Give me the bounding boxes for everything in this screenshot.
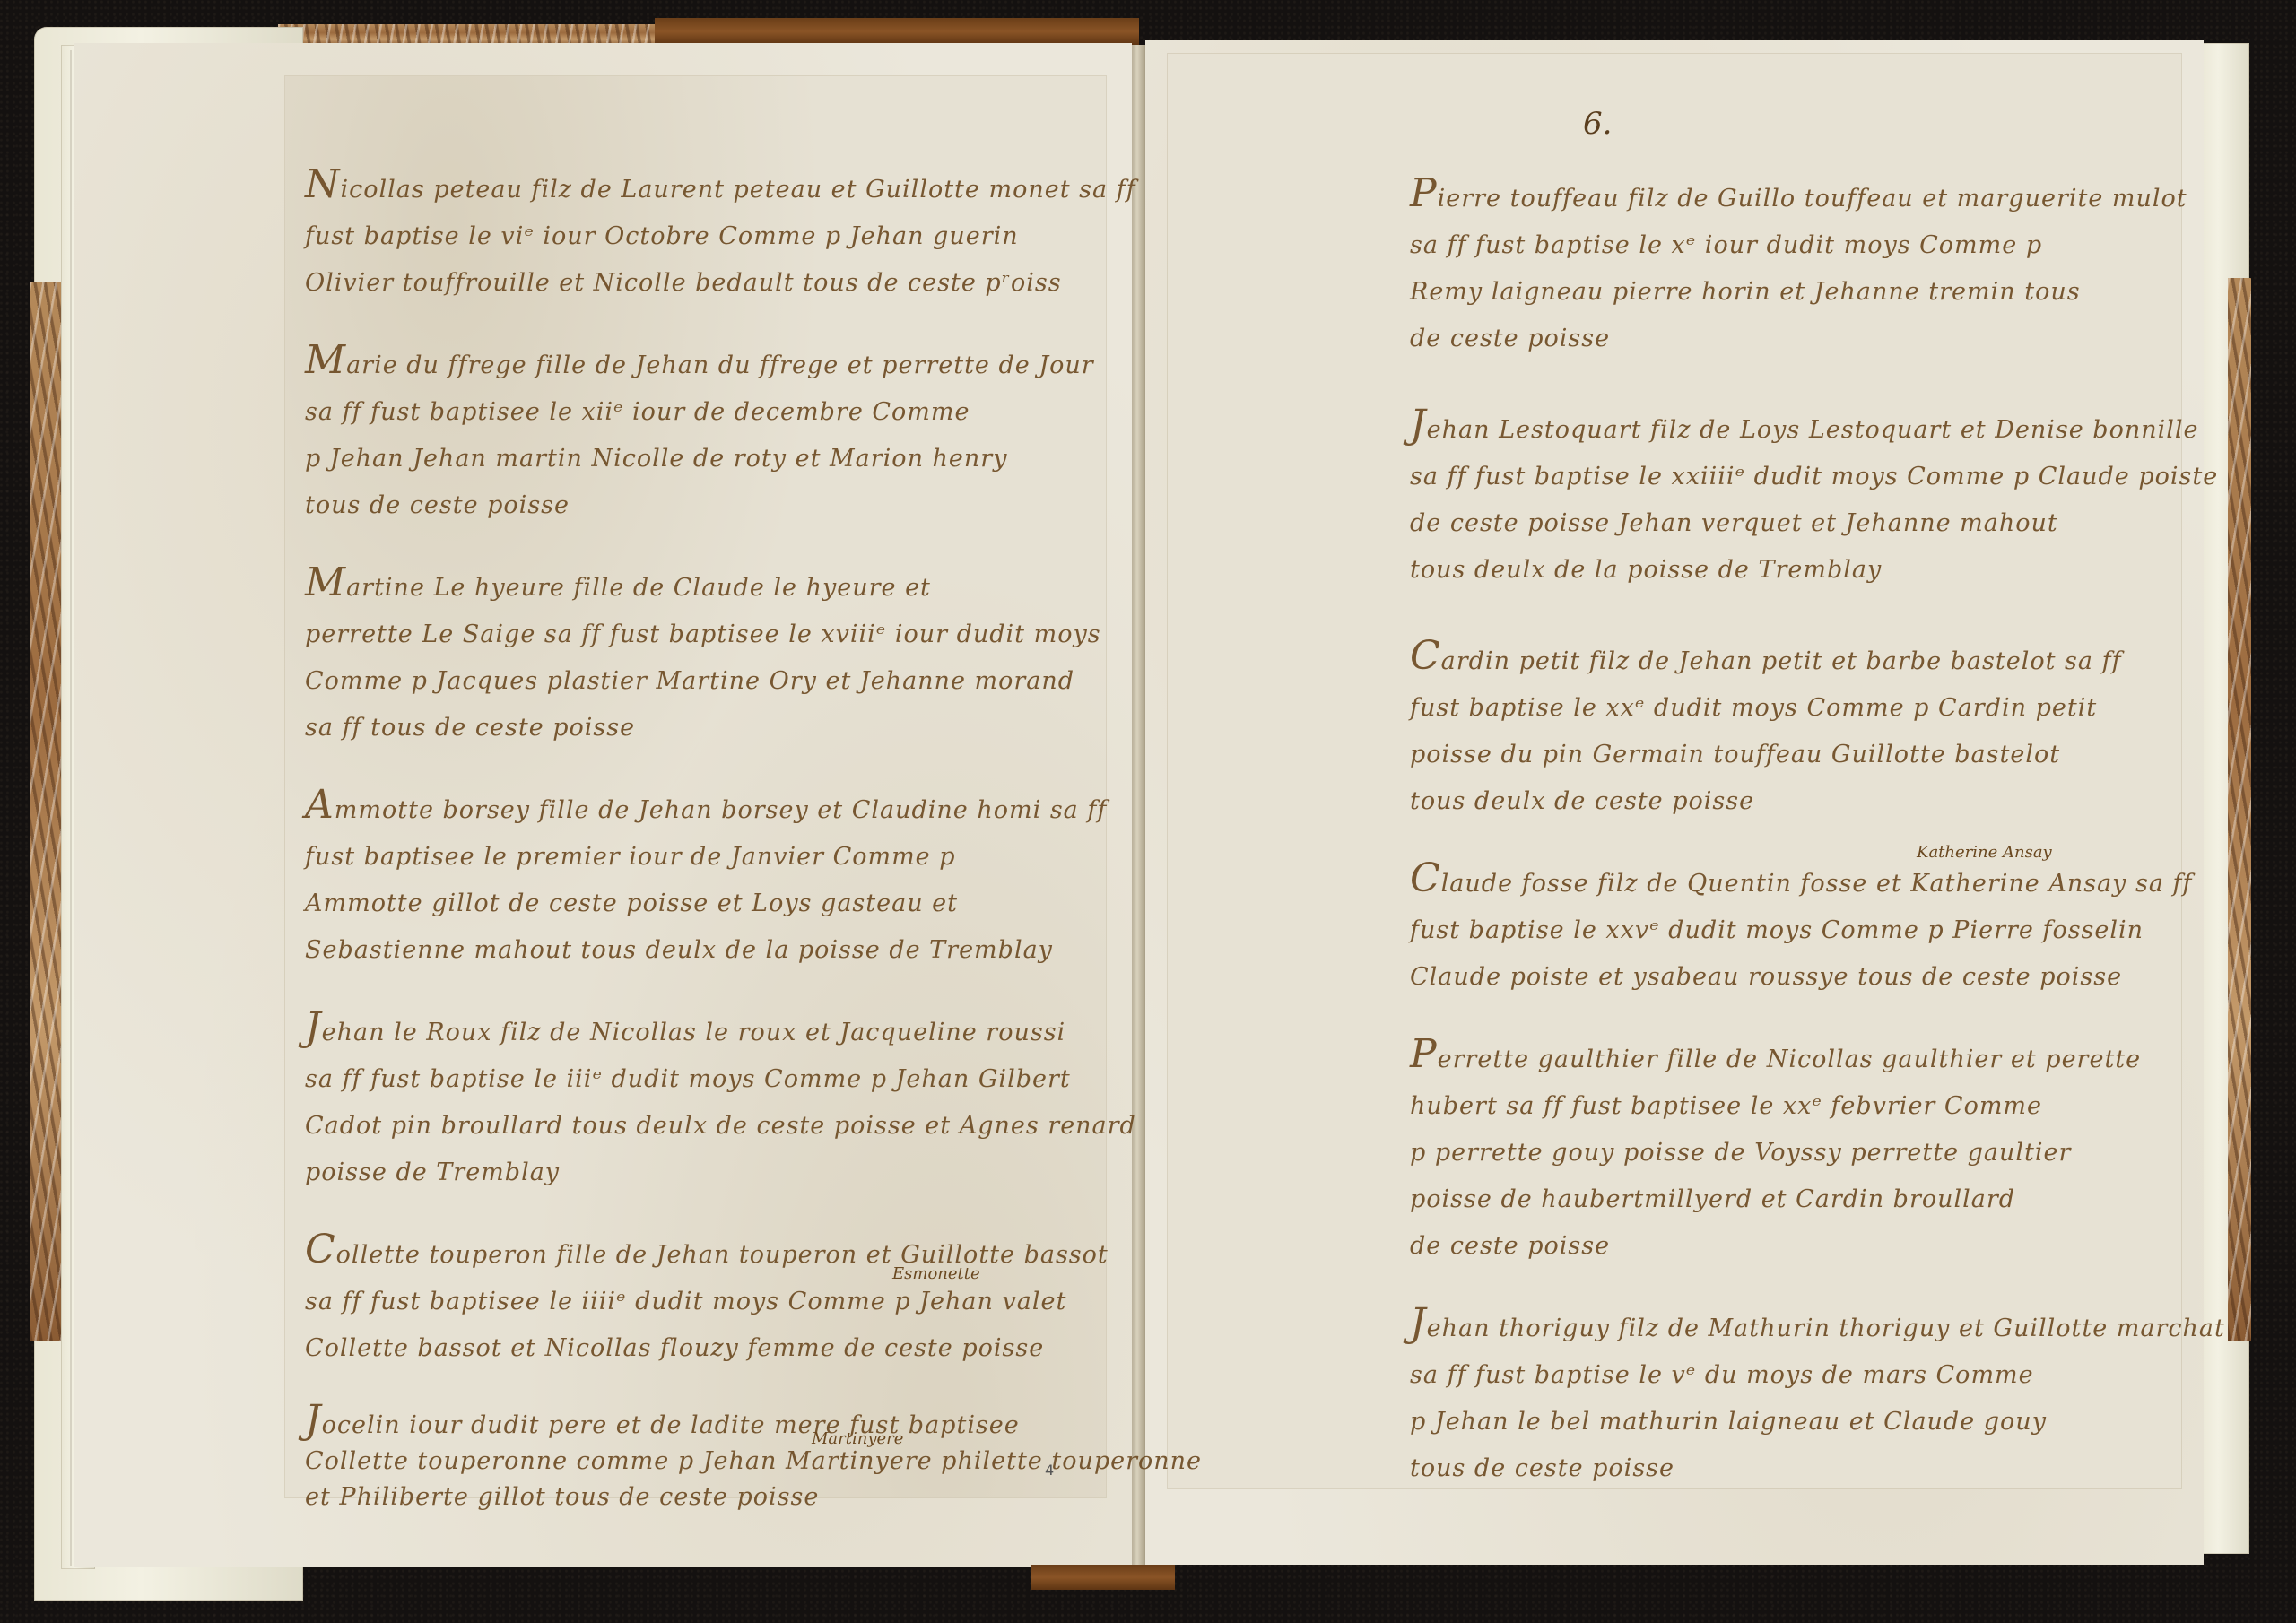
top-board-edge <box>655 18 1139 45</box>
entry-line: tous de ceste poisse <box>1410 1445 2225 1492</box>
entry-line: Collette bassot et Nicollas flouzy femme… <box>305 1325 1202 1372</box>
entry-line: poisse du pin Germain touffeau Guillotte… <box>1410 732 2225 778</box>
entry-line: Collette touperon fille de Jehan toupero… <box>305 1227 1202 1279</box>
baptism-entry: Martine Le hyeure fille de Claude le hye… <box>305 560 1202 751</box>
entry-line: tous de ceste poisse <box>305 482 1202 529</box>
entry-line: Pierre touffeau filz de Guillo touffeau … <box>1410 170 2225 222</box>
entry-line: Jocelin iour dudit pere et de ladite mer… <box>305 1402 1202 1444</box>
entry-line: de ceste poisse <box>1410 316 2225 362</box>
baptism-entry: Ammotte borsey fille de Jehan borsey et … <box>305 782 1202 974</box>
entry-line: hubert sa ff fust baptisee le xxᵉ febvri… <box>1410 1083 2225 1130</box>
baptism-entry: Collette touperon fille de Jehan toupero… <box>305 1227 1202 1372</box>
entry-line: Claude poiste et ysabeau roussye tous de… <box>1410 954 2225 1001</box>
entry-line: p perrette gouy poisse de Voyssy perrett… <box>1410 1130 2225 1176</box>
right-page-text: Pierre touffeau filz de Guillo touffeau … <box>1410 170 2225 1523</box>
baptism-entry: Jehan Lestoquart filz de Loys Lestoquart… <box>1410 402 2225 594</box>
entry-line: tous deulx de ceste poisse <box>1410 778 2225 825</box>
entry-line: p Jehan le bel mathurin laigneau et Clau… <box>1410 1399 2225 1445</box>
entry-line: fust baptisee le premier iour de Janvier… <box>305 834 1202 881</box>
baptism-entry: Katherine Ansay Claude fosse filz de Que… <box>1410 855 2225 1001</box>
entry-line: Marie du ffrege fille de Jehan du ffrege… <box>305 337 1202 389</box>
entry-line: fust baptise le xxᵉ dudit moys Comme p C… <box>1410 685 2225 732</box>
baptism-entry: Perrette gaulthier fille de Nicollas gau… <box>1410 1031 2225 1270</box>
pencil-mark: 4 <box>1045 1462 1054 1479</box>
entry-line: tous deulx de la poisse de Tremblay <box>1410 547 2225 594</box>
entry-line: Jehan Lestoquart filz de Loys Lestoquart… <box>1410 402 2225 454</box>
entry-line: fust baptise le viᵉ iour Octobre Comme p… <box>305 213 1202 260</box>
entry-line: Nicollas peteau filz de Laurent peteau e… <box>305 161 1202 213</box>
baptism-entry: Cardin petit filz de Jehan petit et barb… <box>1410 633 2225 825</box>
entry-line: Martine Le hyeure fille de Claude le hye… <box>305 560 1202 612</box>
folio-number: 6. <box>1583 106 1612 142</box>
left-marbled-strip <box>30 282 62 1341</box>
entry-line: sa ff fust baptisee le iiiiᵉ dudit moys … <box>305 1279 1202 1325</box>
entry-line: Jehan le Roux filz de Nicollas le roux e… <box>305 1004 1202 1056</box>
baptism-entry: Pierre touffeau filz de Guillo touffeau … <box>1410 170 2225 362</box>
entry-line: Claude fosse filz de Quentin fosse et Ka… <box>1410 855 2225 907</box>
entry-line: Jehan thoriguy filz de Mathurin thoriguy… <box>1410 1300 2225 1352</box>
entry-line: sa ff fust baptise le vᵉ du moys de mars… <box>1410 1352 2225 1399</box>
baptism-entry: Jocelin iour dudit pere et de ladite mer… <box>305 1402 1202 1515</box>
entry-line: sa ff fust baptise le iiiᵉ dudit moys Co… <box>305 1056 1202 1103</box>
entry-line: perrette Le Saige sa ff fust baptisee le… <box>305 612 1202 658</box>
entry-line: Ammotte gillot de ceste poisse et Loys g… <box>305 881 1202 927</box>
entry-line: Perrette gaulthier fille de Nicollas gau… <box>1410 1031 2225 1083</box>
entry-line: p Jehan Jehan martin Nicolle de roty et … <box>305 436 1202 482</box>
right-marbled-strip <box>2228 278 2251 1341</box>
entry-line: poisse de Tremblay <box>305 1150 1202 1196</box>
entry-line: Cardin petit filz de Jehan petit et barb… <box>1410 633 2225 685</box>
entry-line: sa ff fust baptise le xᵉ iour dudit moys… <box>1410 222 2225 269</box>
entry-line: sa ff fust baptisee le xiiᵉ iour de dece… <box>305 389 1202 436</box>
baptism-entry: Nicollas peteau filz de Laurent peteau e… <box>305 161 1202 307</box>
entry-line: Remy laigneau pierre horin et Jehanne tr… <box>1410 269 2225 316</box>
entry-line: de ceste poisse <box>1410 1223 2225 1270</box>
entry-line: de ceste poisse Jehan verquet et Jehanne… <box>1410 500 2225 547</box>
entry-line: poisse de haubertmillyerd et Cardin brou… <box>1410 1176 2225 1223</box>
entry-line: Comme p Jacques plastier Martine Ory et … <box>305 658 1202 705</box>
entry-line: Cadot pin broullard tous deulx de ceste … <box>305 1103 1202 1150</box>
entry-line: Sebastienne mahout tous deulx de la pois… <box>305 927 1202 974</box>
baptism-entry: Jehan thoriguy filz de Mathurin thoriguy… <box>1410 1300 2225 1492</box>
baptism-entry: Marie du ffrege fille de Jehan du ffrege… <box>305 337 1202 529</box>
entry-line: sa ff fust baptise le xxiiiiᵉ dudit moys… <box>1410 454 2225 500</box>
entry-line: Olivier touffrouille et Nicolle bedault … <box>305 260 1202 307</box>
baptism-entry: Jehan le Roux filz de Nicollas le roux e… <box>305 1004 1202 1196</box>
entry-line: Collette touperonne comme p Jehan Martin… <box>305 1444 1202 1480</box>
book-spread: Nicollas peteau filz de Laurent peteau e… <box>0 0 2296 1623</box>
entry-line: fust baptise le xxvᵉ dudit moys Comme p … <box>1410 907 2225 954</box>
entry-line: sa ff tous de ceste poisse <box>305 705 1202 751</box>
bottom-board-edge <box>1031 1565 1175 1590</box>
entry-line: et Philiberte gillot tous de ceste poiss… <box>305 1480 1202 1515</box>
left-page-text: Nicollas peteau filz de Laurent peteau e… <box>305 161 1202 1546</box>
entry-line: Ammotte borsey fille de Jehan borsey et … <box>305 782 1202 834</box>
